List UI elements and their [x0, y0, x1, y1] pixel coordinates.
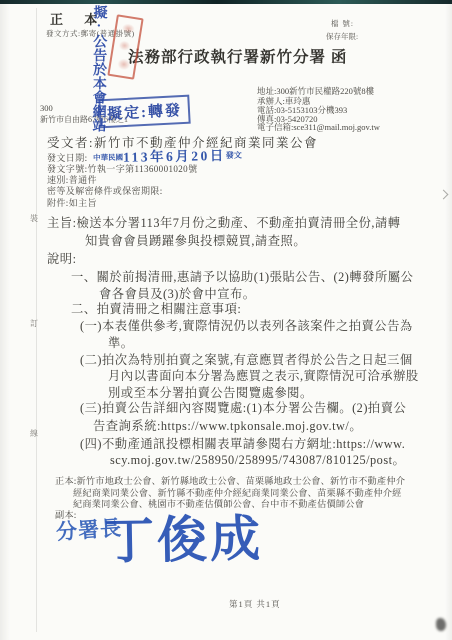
item2-sub3-line2-url: 告查詢系統:https://www.tpkonsale.moj.gov.tw/。	[93, 416, 362, 434]
handwritten-vertical-note: 擬·公告於本會網站	[87, 5, 108, 145]
binding-mark-zhuang: 裝	[30, 213, 38, 224]
file-number-label: 檔 號:	[331, 18, 354, 29]
recipient-zip: 300	[40, 103, 53, 113]
scan-edge-left-shadow	[0, 4, 10, 640]
date-era: 中華民國	[93, 153, 123, 163]
item2-sub3-line1: (三)拍賣公告詳細內容閱覽處:(1)本分署公告欄。(2)拍賣公	[80, 398, 406, 416]
subject-line-2: 知貴會會員踴躍參與投標競買,請查照。	[85, 231, 306, 249]
approval-stamp: 擬定:轉發	[98, 95, 190, 129]
scan-artifact-blob	[436, 618, 446, 631]
scan-edge-right-shadow	[445, 4, 452, 640]
date-value: 113年6月20日	[123, 148, 226, 165]
explanation-heading: 說明:	[47, 249, 77, 267]
page-number-footer: 第1頁 共1頁	[229, 598, 281, 610]
item2-sub4-line2-url: scy.moj.gov.tw/258950/258995/743087/8101…	[110, 450, 405, 468]
retention-period-label: 保存年限:	[326, 31, 358, 42]
scan-edge-top	[0, 0, 452, 4]
item2-sub1-line1: (一)本表僅供參考,實際情況仍以表列各該案件之拍賣公告為	[80, 316, 413, 334]
document-title: 法務部行政執行署新竹分署 函	[128, 45, 347, 67]
red-receipt-stamp	[107, 14, 143, 79]
attachment-line: 附件:如主旨	[47, 196, 97, 209]
binding-mark-ding: 訂	[30, 318, 38, 329]
document-page: 裝 訂 線 正 本 發文方式:郵寄(普通掛號) 擬·公告於本會網站 檔 號: 保…	[0, 0, 452, 640]
item2-sub2-line2: 月內以書面向本分署為應買之表示,實際情況可洽承辦股	[108, 366, 419, 384]
binding-mark-xian: 線	[30, 428, 38, 439]
explanation-item1-line1: 一、關於前揭清冊,惠請予以協助(1)張貼公告、(2)轉發所屬公	[71, 267, 413, 285]
explanation-item2-heading: 二、拍賣清冊之相關注意事項:	[71, 299, 241, 317]
sender-email: 電子信箱:sce311@mail.moj.gov.tw	[257, 121, 380, 133]
date-suffix: 發文	[226, 151, 242, 160]
signature-name: 丁俊成	[103, 499, 263, 574]
subject-line-1: 主旨:檢送本分署113年7月份之動產、不動產拍賣清冊全份,請轉	[47, 213, 401, 231]
issue-date-stamp: 中華民國113年6月20日發文	[93, 144, 242, 168]
item2-sub1-line2: 準。	[108, 333, 134, 351]
